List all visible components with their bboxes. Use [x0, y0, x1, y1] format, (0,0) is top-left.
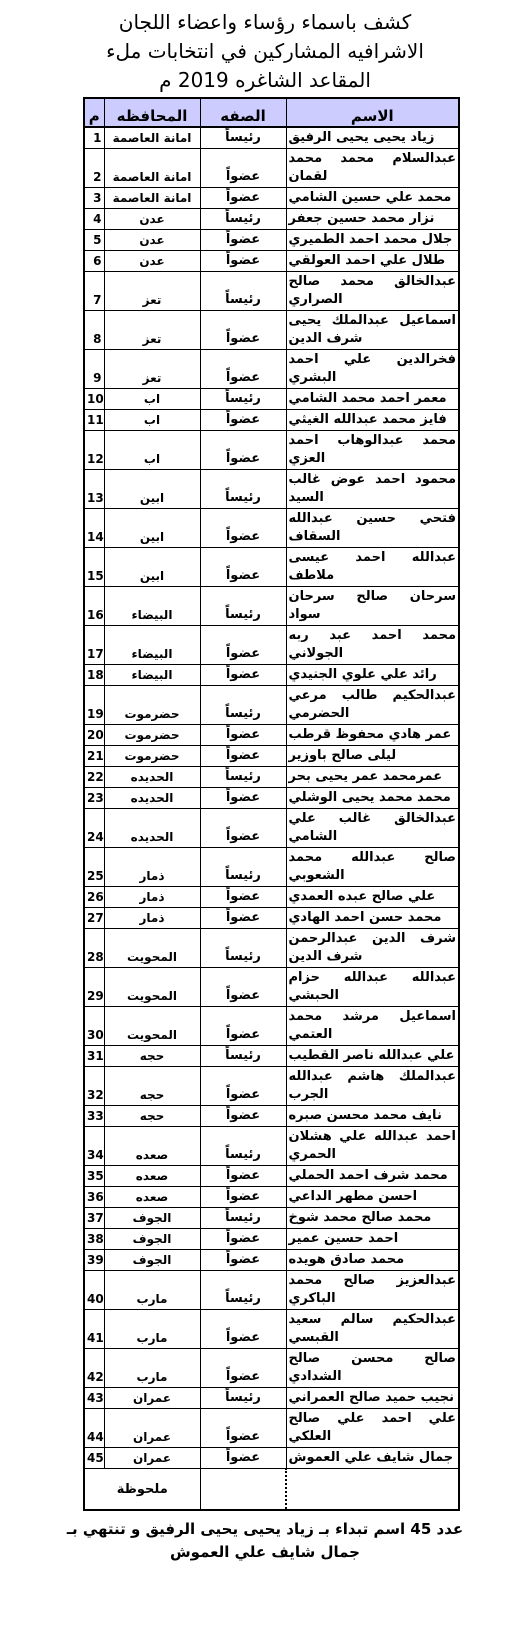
table-row: 25ذماررئيساًصالح عبدالله محمد الشعوبي: [84, 848, 459, 887]
row-governorate-cell: مارب: [104, 1310, 200, 1349]
table-row: 14ابينعضواًفتحي حسين عبدالله السقاف: [84, 509, 459, 548]
row-number-cell: 35: [84, 1166, 104, 1187]
table-row: 18البيضاءعضواًرائد علي علوي الجنيدي: [84, 665, 459, 686]
row-governorate-cell: امانة العاصمة: [104, 188, 200, 209]
row-role-cell: رئيساً: [200, 1208, 286, 1229]
row-governorate-cell: عدن: [104, 230, 200, 251]
row-governorate-cell: ابين: [104, 470, 200, 509]
row-name-cell: جمال شايف علي العموش: [286, 1448, 459, 1469]
row-governorate-cell: المحويت: [104, 1007, 200, 1046]
row-role-cell: عضواً: [200, 1250, 286, 1271]
table-row: 2امانة العاصمةعضواًعبدالسلام محمد محمد ل…: [84, 149, 459, 188]
note-row: ملحوظة: [84, 1469, 459, 1511]
note-dotted-name-cell: [286, 1469, 459, 1511]
row-number-cell: 30: [84, 1007, 104, 1046]
row-name-cell: عبدالخالق غالب علي الشامي: [286, 809, 459, 848]
table-row: 30المحويتعضواًاسماعيل مرشد محمد العتمي: [84, 1007, 459, 1046]
row-number-cell: 44: [84, 1409, 104, 1448]
row-role-cell: رئيساً: [200, 389, 286, 410]
row-role-cell: عضواً: [200, 311, 286, 350]
row-name-cell: علي احمد علي صالح العلكي: [286, 1409, 459, 1448]
row-role-cell: عضواً: [200, 968, 286, 1007]
row-name-cell: محمود احمد عوض غالب السيد: [286, 470, 459, 509]
row-name-cell: محمد احمد عبد ربه الجولاني: [286, 626, 459, 665]
row-role-cell: رئيساً: [200, 767, 286, 788]
row-role-cell: عضواً: [200, 1166, 286, 1187]
row-governorate-cell: البيضاء: [104, 626, 200, 665]
row-number-cell: 9: [84, 350, 104, 389]
row-number-cell: 40: [84, 1271, 104, 1310]
row-name-cell: اسماعيل عبدالملك يحيى شرف الدين: [286, 311, 459, 350]
table-row: 9تعزعضواًفخرالدين علي احمد البشري: [84, 350, 459, 389]
row-governorate-cell: عمران: [104, 1388, 200, 1409]
table-row: 38الجوفعضواًاحمد حسين عمير: [84, 1229, 459, 1250]
row-governorate-cell: تعز: [104, 272, 200, 311]
table-row: 23الحديدهعضواًمحمد محمد يحيى الوشلي: [84, 788, 459, 809]
row-role-cell: عضواً: [200, 626, 286, 665]
row-number-cell: 2: [84, 149, 104, 188]
row-name-cell: احمد عبدالله علي هشلان الحمري: [286, 1127, 459, 1166]
row-number-cell: 31: [84, 1046, 104, 1067]
document-title-line-2: الاشرافيه المشاركين في انتخابات ملء: [4, 37, 526, 66]
page: { "title": { "line1": "كشف باسماء رؤساء …: [0, 0, 530, 1646]
row-role-cell: رئيساً: [200, 272, 286, 311]
row-number-cell: 28: [84, 929, 104, 968]
row-governorate-cell: ذمار: [104, 908, 200, 929]
row-role-cell: رئيساً: [200, 1046, 286, 1067]
row-number-cell: 41: [84, 1310, 104, 1349]
header-cell-role: الصفه: [200, 98, 286, 127]
row-name-cell: محمد عبدالوهاب احمد العزي: [286, 431, 459, 470]
row-governorate-cell: حجه: [104, 1106, 200, 1127]
row-governorate-cell: عدن: [104, 209, 200, 230]
row-number-cell: 27: [84, 908, 104, 929]
table-row: 6عدنعضواًطلال علي احمد العولقي: [84, 251, 459, 272]
row-role-cell: رئيساً: [200, 1127, 286, 1166]
row-role-cell: رئيساً: [200, 1388, 286, 1409]
row-role-cell: رئيساً: [200, 929, 286, 968]
row-name-cell: محمد شرف احمد الحملي: [286, 1166, 459, 1187]
row-name-cell: صالح عبدالله محمد الشعوبي: [286, 848, 459, 887]
row-number-cell: 22: [84, 767, 104, 788]
row-name-cell: محمد صادق هويده: [286, 1250, 459, 1271]
row-governorate-cell: صعده: [104, 1187, 200, 1208]
row-governorate-cell: الحديده: [104, 809, 200, 848]
row-governorate-cell: اب: [104, 431, 200, 470]
table-header-row: م المحافظه الصفه الاسم: [84, 98, 459, 127]
committees-table: م المحافظه الصفه الاسم 1امانة العاصمةرئي…: [83, 97, 460, 1511]
row-number-cell: 33: [84, 1106, 104, 1127]
row-number-cell: 10: [84, 389, 104, 410]
row-governorate-cell: عمران: [104, 1409, 200, 1448]
row-name-cell: فايز محمد عبدالله الغيثي: [286, 410, 459, 431]
row-name-cell: عبدالعزيز صالح محمد الباكري: [286, 1271, 459, 1310]
row-governorate-cell: مارب: [104, 1349, 200, 1388]
footer-note-line-1: عدد 45 اسم تبداء بـ زياد يحيى يحيى الرفي…: [0, 1518, 530, 1541]
row-number-cell: 29: [84, 968, 104, 1007]
row-governorate-cell: عدن: [104, 251, 200, 272]
table-row: 5عدنعضواًجلال محمد احمد الطميري: [84, 230, 459, 251]
row-name-cell: اسماعيل مرشد محمد العتمي: [286, 1007, 459, 1046]
row-number-cell: 21: [84, 746, 104, 767]
row-governorate-cell: عمران: [104, 1448, 200, 1469]
row-role-cell: عضواً: [200, 1310, 286, 1349]
row-governorate-cell: حضرموت: [104, 746, 200, 767]
row-name-cell: محمد صالح محمد شوخ: [286, 1208, 459, 1229]
row-name-cell: علي عبدالله ناصر القطيب: [286, 1046, 459, 1067]
row-number-cell: 13: [84, 470, 104, 509]
document-title-line-3: المقاعد الشاغره 2019 م: [4, 66, 526, 95]
row-name-cell: نايف محمد محسن صبره: [286, 1106, 459, 1127]
note-empty-role-cell: [200, 1469, 286, 1511]
row-role-cell: عضواً: [200, 188, 286, 209]
table-row: 40ماربرئيساًعبدالعزيز صالح محمد الباكري: [84, 1271, 459, 1310]
row-governorate-cell: امانة العاصمة: [104, 149, 200, 188]
row-governorate-cell: الجوف: [104, 1229, 200, 1250]
row-role-cell: عضواً: [200, 1067, 286, 1106]
row-number-cell: 14: [84, 509, 104, 548]
row-governorate-cell: الجوف: [104, 1250, 200, 1271]
row-number-cell: 23: [84, 788, 104, 809]
table-row: 39الجوفعضواًمحمد صادق هويده: [84, 1250, 459, 1271]
row-role-cell: رئيساً: [200, 209, 286, 230]
table-note-section: ملحوظة: [84, 1469, 459, 1511]
row-role-cell: عضواً: [200, 809, 286, 848]
row-name-cell: فتحي حسين عبدالله السقاف: [286, 509, 459, 548]
table-row: 27ذمارعضواًمحمد حسن احمد الهادي: [84, 908, 459, 929]
row-governorate-cell: ابين: [104, 548, 200, 587]
row-role-cell: عضواً: [200, 410, 286, 431]
row-name-cell: جلال محمد احمد الطميري: [286, 230, 459, 251]
table-row: 21حضرموتعضواًليلى صالح باوزير: [84, 746, 459, 767]
row-role-cell: رئيساً: [200, 1271, 286, 1310]
row-number-cell: 15: [84, 548, 104, 587]
row-number-cell: 20: [84, 725, 104, 746]
table-row: 10ابرئيساًمعمر احمد محمد الشامي: [84, 389, 459, 410]
row-number-cell: 4: [84, 209, 104, 230]
row-governorate-cell: صعده: [104, 1127, 200, 1166]
row-number-cell: 45: [84, 1448, 104, 1469]
row-governorate-cell: المحويت: [104, 929, 200, 968]
row-governorate-cell: المحويت: [104, 968, 200, 1007]
row-number-cell: 34: [84, 1127, 104, 1166]
row-governorate-cell: تعز: [104, 311, 200, 350]
table-row: 37الجوفرئيساًمحمد صالح محمد شوخ: [84, 1208, 459, 1229]
header-cell-name: الاسم: [286, 98, 459, 127]
row-name-cell: ليلى صالح باوزير: [286, 746, 459, 767]
row-role-cell: عضواً: [200, 1448, 286, 1469]
row-role-cell: عضواً: [200, 908, 286, 929]
row-role-cell: عضواً: [200, 230, 286, 251]
row-name-cell: نزار محمد حسين جعفر: [286, 209, 459, 230]
row-governorate-cell: ذمار: [104, 848, 200, 887]
row-number-cell: 37: [84, 1208, 104, 1229]
table-row: 11ابعضواًفايز محمد عبدالله الغيثي: [84, 410, 459, 431]
row-governorate-cell: حجه: [104, 1067, 200, 1106]
row-role-cell: عضواً: [200, 1007, 286, 1046]
row-governorate-cell: ابين: [104, 509, 200, 548]
row-governorate-cell: البيضاء: [104, 665, 200, 686]
row-name-cell: نجيب حميد صالح العمراني: [286, 1388, 459, 1409]
row-name-cell: عبدالحكيم طالب مرعي الحضرمي: [286, 686, 459, 725]
row-role-cell: رئيساً: [200, 587, 286, 626]
row-number-cell: 43: [84, 1388, 104, 1409]
row-role-cell: عضواً: [200, 1349, 286, 1388]
row-number-cell: 32: [84, 1067, 104, 1106]
row-role-cell: عضواً: [200, 431, 286, 470]
table-row: 31حجهرئيساًعلي عبدالله ناصر القطيب: [84, 1046, 459, 1067]
table-row: 33حجهعضواًنايف محمد محسن صبره: [84, 1106, 459, 1127]
header-cell-number: م: [84, 98, 104, 127]
row-role-cell: عضواً: [200, 251, 286, 272]
row-governorate-cell: مارب: [104, 1271, 200, 1310]
row-role-cell: عضواً: [200, 1409, 286, 1448]
row-name-cell: عبدالله احمد عيسى ملاطف: [286, 548, 459, 587]
table-row: 36صعدهعضواًاحسن مطهر الداعي: [84, 1187, 459, 1208]
row-name-cell: احمد حسين عمير: [286, 1229, 459, 1250]
table-row: 7تعزرئيساًعبدالخالق محمد صالح الصراري: [84, 272, 459, 311]
row-role-cell: عضواً: [200, 665, 286, 686]
row-governorate-cell: حضرموت: [104, 725, 200, 746]
row-governorate-cell: الحديده: [104, 767, 200, 788]
table-row: 22الحديدهرئيساًعمرمحمد عمر يحيى بحر: [84, 767, 459, 788]
row-governorate-cell: تعز: [104, 350, 200, 389]
row-name-cell: محمد محمد يحيى الوشلي: [286, 788, 459, 809]
row-name-cell: احسن مطهر الداعي: [286, 1187, 459, 1208]
row-governorate-cell: البيضاء: [104, 587, 200, 626]
document-title: كشف باسماء رؤساء واعضاء اللجان الاشرافيه…: [4, 8, 526, 95]
row-name-cell: محمد علي حسين الشامي: [286, 188, 459, 209]
row-number-cell: 24: [84, 809, 104, 848]
row-role-cell: عضواً: [200, 1106, 286, 1127]
row-role-cell: عضواً: [200, 746, 286, 767]
row-number-cell: 16: [84, 587, 104, 626]
row-name-cell: عبدالله عبدالله حزام الحبشي: [286, 968, 459, 1007]
header-cell-governorate: المحافظه: [104, 98, 200, 127]
table-row: 17البيضاءعضواًمحمد احمد عبد ربه الجولاني: [84, 626, 459, 665]
table-body: 1امانة العاصمةرئيساًزياد يحيى يحيى الرفي…: [84, 127, 459, 1469]
row-number-cell: 12: [84, 431, 104, 470]
row-name-cell: عبدالحكيم سالم سعيد القبسي: [286, 1310, 459, 1349]
row-role-cell: عضواً: [200, 725, 286, 746]
row-role-cell: عضواً: [200, 1187, 286, 1208]
row-number-cell: 3: [84, 188, 104, 209]
table-row: 45عمرانعضواًجمال شايف علي العموش: [84, 1448, 459, 1469]
table-row: 24الحديدهعضواًعبدالخالق غالب علي الشامي: [84, 809, 459, 848]
row-governorate-cell: اب: [104, 410, 200, 431]
row-name-cell: محمد حسن احمد الهادي: [286, 908, 459, 929]
row-number-cell: 38: [84, 1229, 104, 1250]
row-name-cell: صالح محسن صالح الشدادي: [286, 1349, 459, 1388]
row-name-cell: سرحان صالح سرحان سواد: [286, 587, 459, 626]
row-role-cell: عضواً: [200, 548, 286, 587]
row-governorate-cell: الحديده: [104, 788, 200, 809]
row-number-cell: 17: [84, 626, 104, 665]
row-governorate-cell: صعده: [104, 1166, 200, 1187]
row-governorate-cell: اب: [104, 389, 200, 410]
row-number-cell: 6: [84, 251, 104, 272]
table-row: 28المحويترئيساًشرف الدين عبدالرحمن شرف ا…: [84, 929, 459, 968]
row-role-cell: رئيساً: [200, 686, 286, 725]
row-name-cell: شرف الدين عبدالرحمن شرف الدين: [286, 929, 459, 968]
row-role-cell: رئيساً: [200, 470, 286, 509]
footer-note-line-2: جمال شايف علي العموش: [0, 1541, 530, 1564]
table-row: 4عدنرئيساًنزار محمد حسين جعفر: [84, 209, 459, 230]
table-row: 20حضرموتعضواًعمر هادي محفوظ قرطب: [84, 725, 459, 746]
table-row: 34صعدهرئيساًاحمد عبدالله علي هشلان الحمر…: [84, 1127, 459, 1166]
row-governorate-cell: حجه: [104, 1046, 200, 1067]
row-role-cell: رئيساً: [200, 127, 286, 149]
row-name-cell: رائد علي علوي الجنيدي: [286, 665, 459, 686]
row-role-cell: عضواً: [200, 149, 286, 188]
row-number-cell: 18: [84, 665, 104, 686]
row-number-cell: 39: [84, 1250, 104, 1271]
note-label-cell: ملحوظة: [84, 1469, 200, 1511]
row-number-cell: 36: [84, 1187, 104, 1208]
table-row: 13ابينرئيساًمحمود احمد عوض غالب السيد: [84, 470, 459, 509]
row-name-cell: فخرالدين علي احمد البشري: [286, 350, 459, 389]
row-name-cell: عمر هادي محفوظ قرطب: [286, 725, 459, 746]
table-row: 1امانة العاصمةرئيساًزياد يحيى يحيى الرفي…: [84, 127, 459, 149]
table-row: 29المحويتعضواًعبدالله عبدالله حزام الحبش…: [84, 968, 459, 1007]
row-role-cell: عضواً: [200, 350, 286, 389]
table-row: 19حضرموترئيساًعبدالحكيم طالب مرعي الحضرم…: [84, 686, 459, 725]
table-row: 43عمرانرئيساًنجيب حميد صالح العمراني: [84, 1388, 459, 1409]
row-name-cell: معمر احمد محمد الشامي: [286, 389, 459, 410]
row-number-cell: 11: [84, 410, 104, 431]
table-row: 32حجهعضواًعبدالملك هاشم عبدالله الجرب: [84, 1067, 459, 1106]
row-name-cell: زياد يحيى يحيى الرفيق: [286, 127, 459, 149]
table-row: 16البيضاءرئيساًسرحان صالح سرحان سواد: [84, 587, 459, 626]
table-row: 12ابعضواًمحمد عبدالوهاب احمد العزي: [84, 431, 459, 470]
table-row: 8تعزعضواًاسماعيل عبدالملك يحيى شرف الدين: [84, 311, 459, 350]
row-role-cell: عضواً: [200, 788, 286, 809]
row-number-cell: 8: [84, 311, 104, 350]
table-row: 26ذمارعضواًعلي صالح عبده العمدي: [84, 887, 459, 908]
row-name-cell: علي صالح عبده العمدي: [286, 887, 459, 908]
row-role-cell: عضواً: [200, 509, 286, 548]
row-number-cell: 25: [84, 848, 104, 887]
row-governorate-cell: ذمار: [104, 887, 200, 908]
row-number-cell: 26: [84, 887, 104, 908]
row-number-cell: 42: [84, 1349, 104, 1388]
row-number-cell: 7: [84, 272, 104, 311]
row-governorate-cell: امانة العاصمة: [104, 127, 200, 149]
table-row: 3امانة العاصمةعضواًمحمد علي حسين الشامي: [84, 188, 459, 209]
row-role-cell: رئيساً: [200, 848, 286, 887]
row-role-cell: عضواً: [200, 1229, 286, 1250]
row-name-cell: عمرمحمد عمر يحيى بحر: [286, 767, 459, 788]
table-row: 35صعدهعضواًمحمد شرف احمد الحملي: [84, 1166, 459, 1187]
document-title-line-1: كشف باسماء رؤساء واعضاء اللجان: [4, 8, 526, 37]
table-row: 42ماربعضواًصالح محسن صالح الشدادي: [84, 1349, 459, 1388]
row-name-cell: طلال علي احمد العولقي: [286, 251, 459, 272]
table-row: 44عمرانعضواًعلي احمد علي صالح العلكي: [84, 1409, 459, 1448]
row-number-cell: 1: [84, 127, 104, 149]
row-number-cell: 5: [84, 230, 104, 251]
row-number-cell: 19: [84, 686, 104, 725]
row-name-cell: عبدالسلام محمد محمد لقمان: [286, 149, 459, 188]
table-row: 15ابينعضواًعبدالله احمد عيسى ملاطف: [84, 548, 459, 587]
table-row: 41ماربعضواًعبدالحكيم سالم سعيد القبسي: [84, 1310, 459, 1349]
footer-note: عدد 45 اسم تبداء بـ زياد يحيى يحيى الرفي…: [0, 1518, 530, 1564]
row-name-cell: عبدالملك هاشم عبدالله الجرب: [286, 1067, 459, 1106]
row-governorate-cell: حضرموت: [104, 686, 200, 725]
row-governorate-cell: الجوف: [104, 1208, 200, 1229]
row-name-cell: عبدالخالق محمد صالح الصراري: [286, 272, 459, 311]
row-role-cell: عضواً: [200, 887, 286, 908]
